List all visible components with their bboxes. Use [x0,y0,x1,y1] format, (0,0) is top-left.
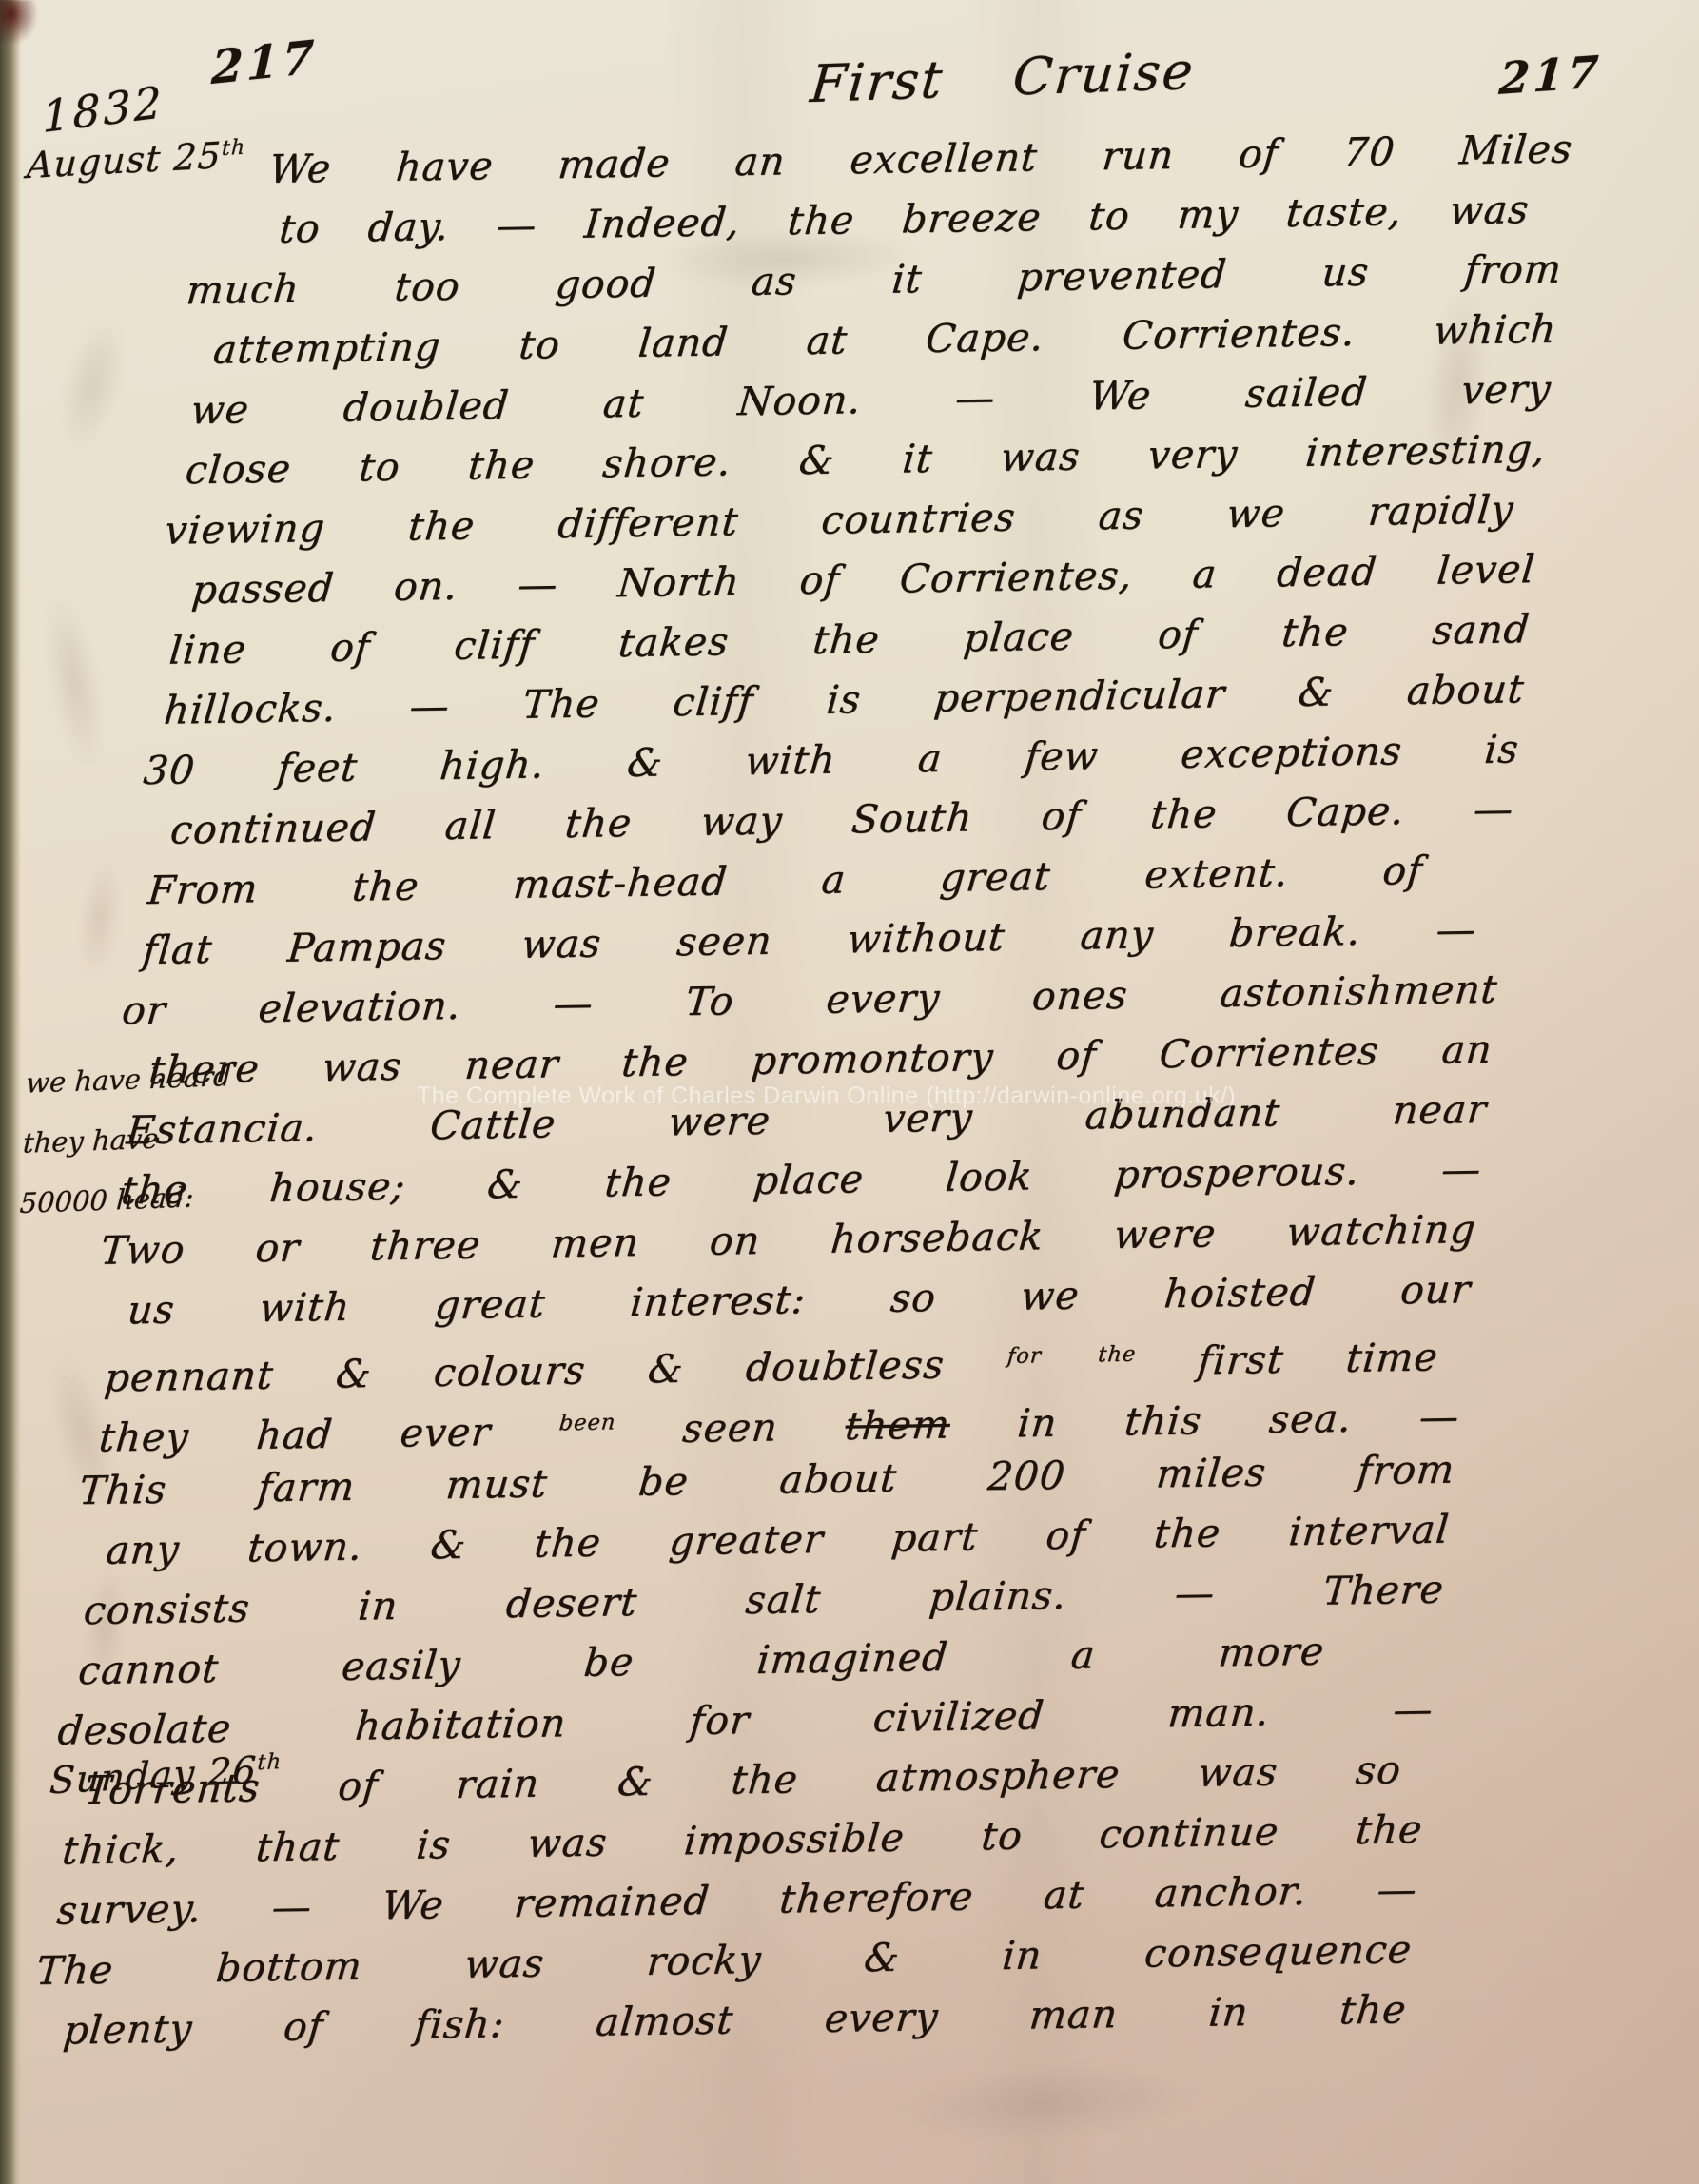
manuscript-segment: first time [1133,1334,1440,1384]
ink-bleed-mark [69,853,130,982]
inserted-word: for the [1006,1342,1138,1369]
inserted-word: been [558,1410,617,1435]
page-number-right: 217 [1497,46,1604,105]
page-number-left: 217 [210,30,319,95]
margin-year: 1832 [42,76,165,143]
corner-stain [0,0,38,46]
struck-word: them [844,1401,952,1449]
ink-bleed-mark [34,587,114,773]
manuscript-segment: they had ever [97,1408,560,1461]
margin-date-text: August 25 [26,134,223,186]
manuscript-segment: seen [614,1403,848,1453]
watermark: The Complete Work of Charles Darwin Onli… [417,1082,1236,1110]
book-binding-edge [0,0,21,2184]
ink-bleed-mark [892,2057,1201,2149]
page-title: First Cruise [808,41,1197,114]
manuscript-segment: in this sea. — [948,1394,1462,1447]
ink-bleed-mark [46,309,140,462]
manuscript-page: 217 217 First Cruise 1832 August 25th we… [0,0,1699,2184]
